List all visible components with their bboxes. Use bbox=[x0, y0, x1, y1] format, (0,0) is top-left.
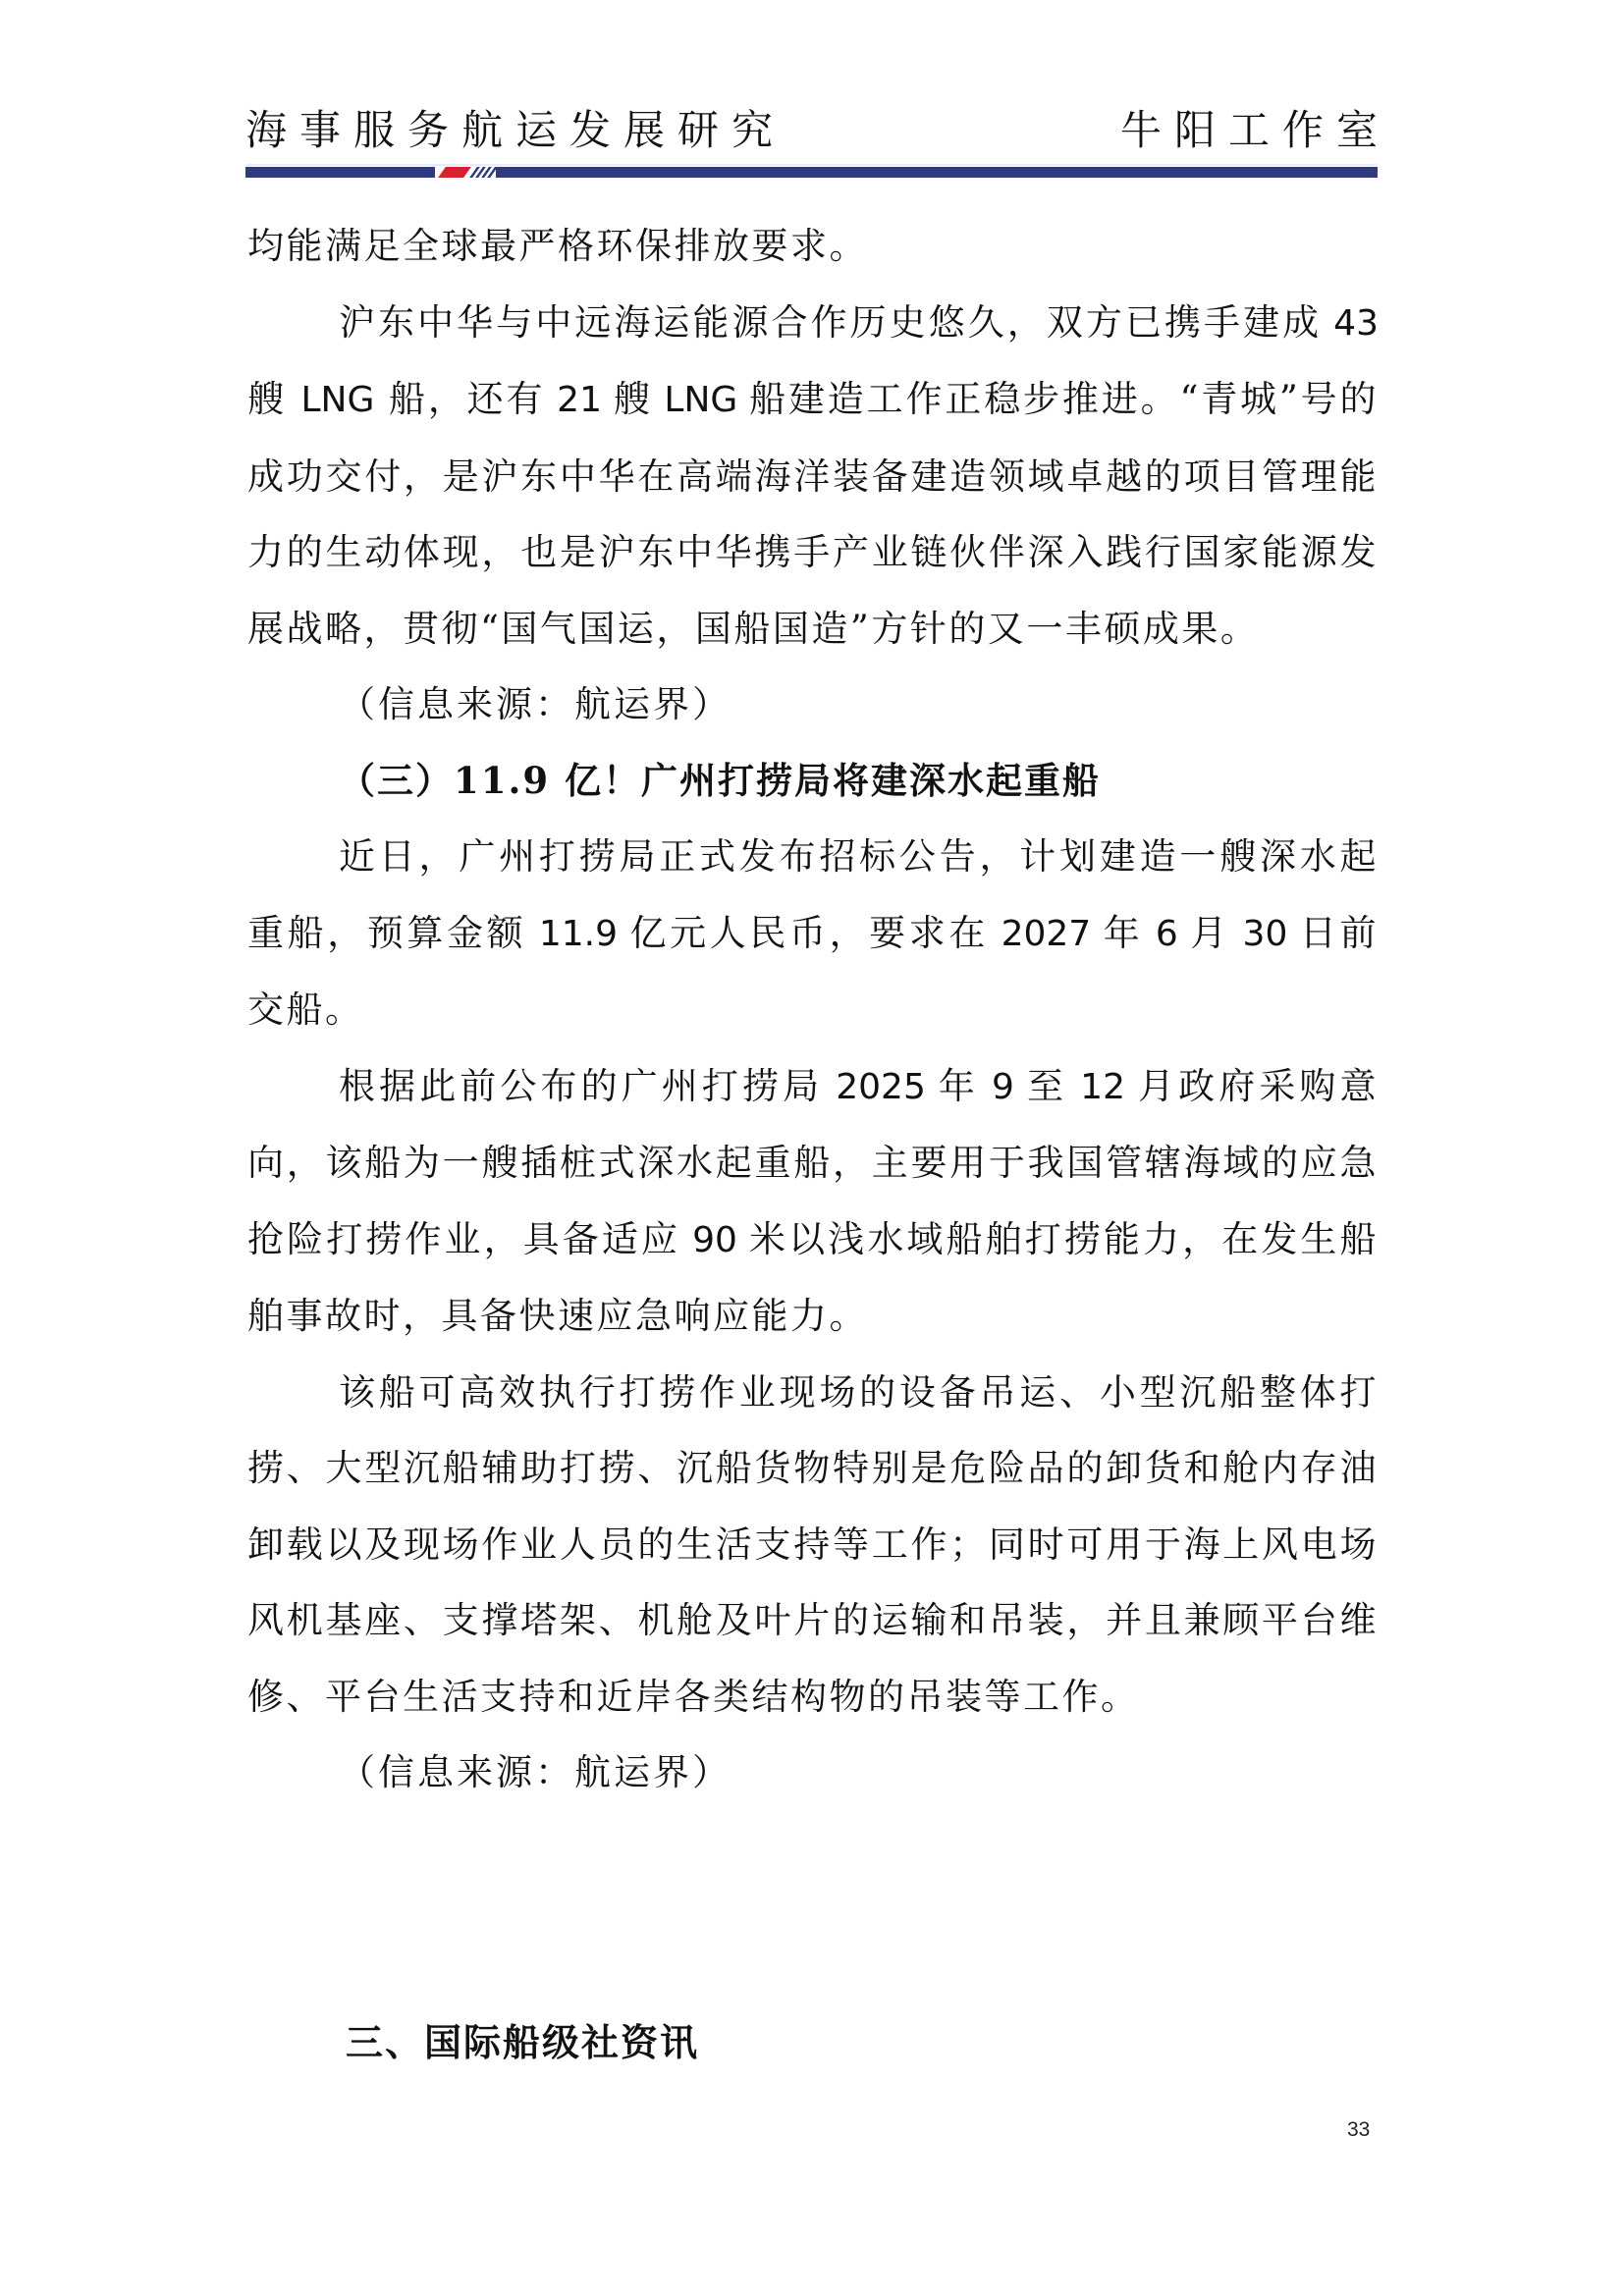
header-bar-red-accent bbox=[438, 167, 471, 178]
page-header: 海事服务航运发展研究 牛阳工作室 bbox=[245, 102, 1378, 161]
number-run: 9 bbox=[979, 1067, 1027, 1107]
number-run: 6 bbox=[1143, 914, 1190, 954]
text-run: 艘 bbox=[247, 378, 300, 420]
number-run: LNG bbox=[653, 380, 749, 420]
header-bar-highlight bbox=[245, 164, 1378, 166]
text-run: 根据此前公布的广州打捞局 bbox=[339, 1065, 823, 1107]
number-run: 90 bbox=[680, 1220, 749, 1260]
text-run: 船，还有 bbox=[374, 378, 545, 420]
text-run: 至 bbox=[1027, 1065, 1067, 1107]
header-bar-left-segment bbox=[245, 167, 435, 178]
number-run: 21 bbox=[545, 380, 613, 420]
number-run: 2027 bbox=[989, 914, 1104, 954]
number-run: LNG bbox=[300, 380, 374, 420]
header-title: 海事服务航运发展研究 bbox=[245, 102, 785, 159]
number-run: 2025 bbox=[823, 1067, 939, 1107]
header-studio-name: 牛阳工作室 bbox=[1120, 102, 1390, 159]
text-run: 月 bbox=[1190, 912, 1230, 954]
number-run: 43 bbox=[1322, 303, 1379, 344]
source-attribution: （信息来源：航运界） bbox=[247, 1735, 1379, 1811]
paragraph-procurement-intent: 根据此前公布的广州打捞局 2025 年 9 至 12 月政府采购意向，该船为一艘… bbox=[247, 1048, 1379, 1355]
subheading-item-3: （三）11.9 亿！广州打捞局将建深水起重船 bbox=[247, 743, 1379, 820]
number-run: 12 bbox=[1067, 1067, 1138, 1107]
text-run: 年 bbox=[1104, 912, 1144, 954]
number-run: 11.9 bbox=[526, 914, 629, 954]
text-run: 沪东中华与中远海运能源合作历史悠久，双方已携手建成 bbox=[339, 301, 1322, 344]
paragraph-vessel-capabilities: 该船可高效执行打捞作业现场的设备吊运、小型沉船整体打捞、大型沉船辅助打捞、沉船货… bbox=[247, 1355, 1379, 1735]
page-number: 33 bbox=[1347, 2118, 1370, 2142]
source-attribution: （信息来源：航运界） bbox=[247, 667, 1379, 743]
text-run: 年 bbox=[939, 1065, 979, 1107]
section-heading: 三、国际船级社资讯 bbox=[346, 2005, 699, 2081]
article-body: 均能满足全球最严格环保排放要求。 沪东中华与中远海运能源合作历史悠久，双方已携手… bbox=[247, 208, 1379, 1811]
paragraph-continuation: 均能满足全球最严格环保排放要求。 bbox=[247, 208, 1379, 285]
paragraph-hudong-zhonghua: 沪东中华与中远海运能源合作历史悠久，双方已携手建成 43 艘 LNG 船，还有 … bbox=[247, 285, 1379, 667]
paragraph-tender-notice: 近日，广州打捞局正式发布招标公告，计划建造一艘深水起重船，预算金额 11.9 亿… bbox=[247, 819, 1379, 1048]
header-bar-right-segment bbox=[496, 167, 1378, 178]
text-run: 亿元人民币，要求在 bbox=[630, 912, 989, 954]
header-divider-bar bbox=[245, 167, 1378, 178]
text-run: 艘 bbox=[614, 378, 653, 420]
number-run: 30 bbox=[1230, 914, 1300, 954]
